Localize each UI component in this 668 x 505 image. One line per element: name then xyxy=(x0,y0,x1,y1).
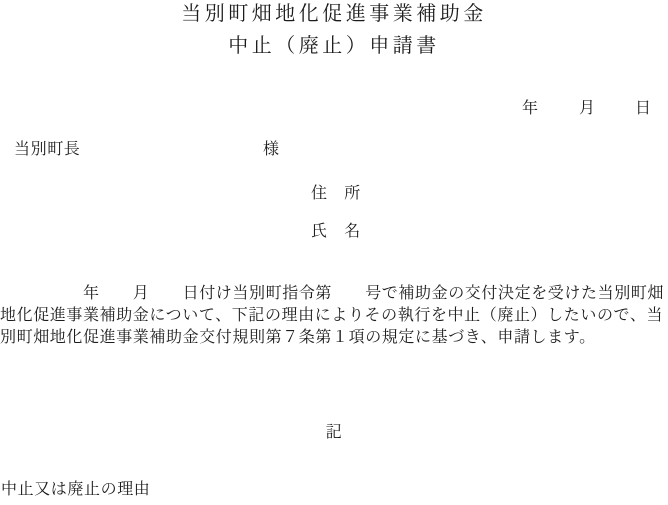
date-day-label: 日 xyxy=(635,100,651,118)
date-month-label: 月 xyxy=(579,100,595,118)
addressee-honorific: 様 xyxy=(263,141,280,159)
document-title-line1: 当別町畑地化促進事業補助金 xyxy=(0,0,668,30)
addressee-name: 当別町長 xyxy=(14,141,80,158)
applicant-name-label: 氏 名 xyxy=(311,223,361,241)
document-page: 当別町畑地化促進事業補助金 中止（廃止）申請書 年 月 日 当別町長 様 住 所… xyxy=(0,0,668,505)
body-line-2: 地化促進事業補助金について、下記の理由によりその執行を中止（廃止）したいので、当 xyxy=(0,305,668,327)
applicant-address-label: 住 所 xyxy=(311,185,361,203)
date-year-label: 年 xyxy=(522,100,538,118)
document-title: 当別町畑地化促進事業補助金 中止（廃止）申請書 xyxy=(0,0,668,62)
date-line: 年 月 日 xyxy=(522,100,651,118)
body-line-3: 別町畑地化促進事業補助金交付規則第７条第１項の規定に基づき、申請します。 xyxy=(0,327,668,349)
document-title-line2: 中止（廃止）申請書 xyxy=(0,30,668,62)
addressee-line: 当別町長 様 xyxy=(14,141,668,159)
body-paragraph: 年 月 日付け当別町指令第 号で補助金の交付決定を受けた当別町畑 地化促進事業補… xyxy=(0,283,668,349)
section-marker: 記 xyxy=(0,423,668,442)
reason-label: 中止又は廃止の理由 xyxy=(1,480,150,499)
body-line-1: 年 月 日付け当別町指令第 号で補助金の交付決定を受けた当別町畑 xyxy=(0,283,668,305)
